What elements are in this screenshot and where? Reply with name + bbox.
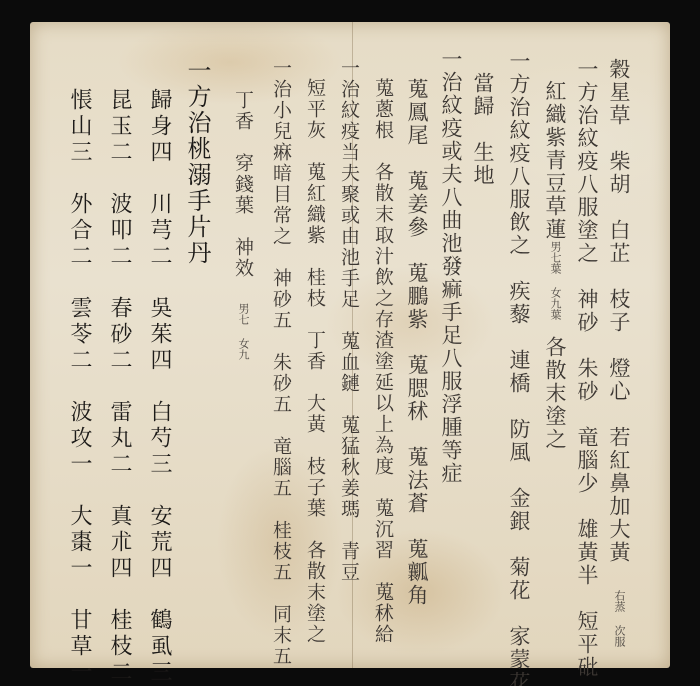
text-column-8: 蒐蔥根 各散末取汁飲之存渣塗延以上為度 蒐沉習 蒐秫給 bbox=[371, 78, 395, 645]
text-column-15: 昆玉二 波叩二 春砂二 雷丸二 真朮四 桂枝二 bbox=[106, 88, 132, 686]
text-column-3: 紅織紫青豆草蓮男七葉 女九葉各散末塗之 bbox=[542, 80, 568, 451]
text-column-10: 短平灰 蒐紅織紫 桂枝 丁香 大黃 枝子葉 各散末塗之 bbox=[302, 78, 328, 645]
column-text: 昆玉二 波叩二 春砂二 雷丸二 真朮四 桂枝二 bbox=[107, 88, 132, 686]
column-text-tail: 各散末塗之 bbox=[543, 336, 567, 451]
column-text: 穀星草 柴胡 白芷 枝子 燈心 若紅鼻加大黃 bbox=[607, 58, 631, 564]
text-column-2: 一方治紋疫八服塗之 神砂 朱砂 竜腦少 雄黃半 短平砒 bbox=[574, 58, 600, 679]
column-text: 一方治紋疫八服塗之 神砂 朱砂 竜腦少 雄黃半 短平砒 bbox=[575, 58, 599, 679]
text-column-16: 悵山三 外合二 雲苓二 波攻一 大棗一 甘草一 bbox=[66, 88, 92, 686]
column-text: 一方治紋疫八服飲之 疾藜 連橋 防風 金銀 菊花 家蒙花 bbox=[507, 50, 531, 686]
text-column-11: 一治小兒痳暗目常之 神砂五 朱砂五 竜腦五 桂枝五 同末五 bbox=[268, 58, 294, 667]
column-text: 一治紋疫当夫聚或由池手足 蒐血鏈 蒐猛秋姜瑪 青豆 bbox=[338, 58, 360, 583]
column-text: 當歸 生地 bbox=[471, 72, 495, 187]
column-text: 歸身四 川芎二 吳茱四 白芍三 安荒四 鶴虱三 bbox=[147, 88, 172, 686]
text-column-6: 一治紋疫或夫八曲池發痲手足八服浮腫等症 bbox=[438, 48, 464, 485]
column-text: 丁香 穿錢葉 神效 bbox=[232, 90, 254, 279]
text-column-7: 蒐鳳尾 蒐姜參 蒐鵬紫 蒐腮秫 蒐法蒼 蒐瓤角 bbox=[404, 78, 430, 607]
column-text: 蒐蔥根 各散末取汁飲之存渣塗延以上為度 蒐沉習 蒐秫給 bbox=[372, 78, 394, 645]
column-text: 紅織紫青豆草蓮 bbox=[543, 80, 567, 241]
column-note: 男七葉 女九葉 bbox=[549, 241, 562, 320]
text-column-4: 一方治紋疫八服飲之 疾藜 連橋 防風 金銀 菊花 家蒙花 bbox=[506, 50, 532, 686]
column-text: 短平灰 蒐紅織紫 桂枝 丁香 大黃 枝子葉 各散末塗之 bbox=[304, 78, 326, 645]
text-column-9: 一治紋疫当夫聚或由池手足 蒐血鏈 蒐猛秋姜瑪 青豆 bbox=[336, 58, 362, 583]
column-note: 右蒸 次服 bbox=[613, 590, 626, 647]
text-column-5: 當歸 生地 bbox=[470, 72, 496, 187]
column-text: 悵山三 外合二 雲苓二 波攻一 大棗一 甘草一 bbox=[67, 88, 92, 686]
text-column-12: 丁香 穿錢葉 神效 男七 女九 bbox=[230, 90, 256, 360]
text-column-14: 歸身四 川芎二 吳茱四 白芍三 安荒四 鶴虱三 bbox=[146, 88, 172, 686]
text-column-1: 穀星草 柴胡 白芷 枝子 燈心 若紅鼻加大黃 右蒸 次服 bbox=[606, 58, 632, 647]
text-column-13-heading: 一方治桃溺手片丹 bbox=[184, 58, 210, 266]
column-note: 男七 女九 bbox=[237, 303, 250, 360]
column-text: 一治紋疫或夫八曲池發痲手足八服浮腫等症 bbox=[439, 48, 463, 485]
column-text: 一方治桃溺手片丹 bbox=[183, 58, 211, 266]
column-text: 一治小兒痳暗目常之 神砂五 朱砂五 竜腦五 桂枝五 同末五 bbox=[270, 58, 292, 667]
column-text: 蒐鳳尾 蒐姜參 蒐鵬紫 蒐腮秫 蒐法蒼 蒐瓤角 bbox=[405, 78, 429, 607]
